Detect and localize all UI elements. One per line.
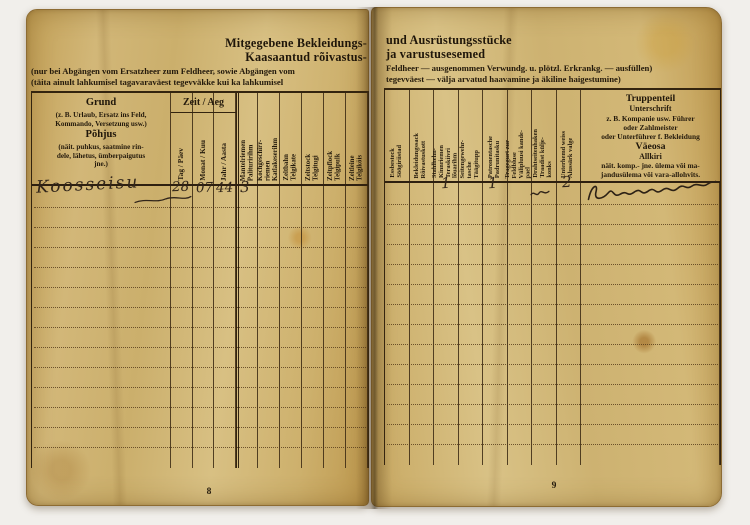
left-note-estonian: (täita ainult lahkumisel tagavaraväest t… bbox=[31, 77, 369, 88]
seitengewehrtasche-label: Seitengewehr- tasche Täägitupp bbox=[460, 140, 481, 178]
pohjus-note: (näit. puhkus, saatmine rin- dele, lähet… bbox=[32, 143, 170, 169]
left-title-german: Mitgegebene Bekleidungs- bbox=[85, 37, 367, 51]
page-right: und Ausrüstungsstücke ja varustusesemed … bbox=[371, 7, 722, 507]
zeltpflock-header-cell: Zeltpflock Telgipulk bbox=[324, 93, 346, 184]
right-table-body bbox=[385, 183, 720, 465]
patronentasche-label: Patronentasche Padrunitasku bbox=[488, 136, 502, 178]
row-rule bbox=[34, 247, 366, 248]
unit-note-5: jandusülema või vara-allohvits. bbox=[581, 170, 720, 179]
essbesteck-label: Essbesteck Söögiriistad bbox=[390, 145, 404, 178]
zeltleine-label: Zeltleine Telgiköis bbox=[349, 155, 364, 181]
month-header-label: Monat / Kuu bbox=[199, 140, 207, 181]
right-note-german: Feldheer — ausgenommen Verwundg. u. plöt… bbox=[386, 63, 720, 74]
zeltleine-header-cell: Zeltleine Telgiköis bbox=[346, 93, 368, 184]
row-rule bbox=[34, 287, 366, 288]
left-note-german: (nur bei Abgängen vom Ersatzheer zum Fel… bbox=[31, 66, 369, 77]
row-rule bbox=[387, 324, 718, 325]
left-table-body bbox=[32, 186, 368, 468]
left-table: Grund (z. B. Urlaub, Ersatz ins Feld, Ko… bbox=[31, 91, 369, 468]
unit-note-4: näit. komp.- jne. ülema või ma- bbox=[581, 161, 720, 170]
zeltstock-header-cell: Zeltstock Telgitugi bbox=[302, 93, 324, 184]
row-rule bbox=[387, 384, 718, 385]
row-rule bbox=[34, 407, 366, 408]
unit-note-2: oder Zahlmeister bbox=[581, 123, 720, 132]
year-header-label: Jahr / Aasta bbox=[220, 143, 228, 181]
right-page-note: Feldheer — ausgenommen Verwundg. u. plöt… bbox=[386, 63, 720, 84]
unterschrift-label: Unterschrift bbox=[581, 104, 720, 114]
row-rule bbox=[34, 327, 366, 328]
bekleidungssack-label: Bekleidungssack Rõivastuskott bbox=[414, 133, 428, 178]
pohjus-title: Põhjus bbox=[32, 129, 170, 141]
row-rule bbox=[34, 447, 366, 448]
stahlhelm-kinnriemen-header-cell: Stahlhelm- Kinnriemen Teraskiivri lõuari… bbox=[434, 90, 459, 181]
zeltbahn-header-cell: Zeltbahn Telgikate bbox=[280, 93, 302, 184]
grund-note: (z. B. Urlaub, Ersatz ins Feld, Kommando… bbox=[32, 111, 170, 128]
left-page-number: 8 bbox=[189, 487, 229, 497]
clothing-record-booklet: Mitgegebene Bekleidungs- Kaasaantud rõiv… bbox=[26, 7, 722, 509]
row-rule bbox=[387, 344, 718, 345]
reason-header-cell: Grund (z. B. Urlaub, Ersatz ins Feld, Ko… bbox=[32, 93, 171, 184]
right-page-title: und Ausrüstungsstücke ja varustusesemed bbox=[386, 34, 696, 61]
allkiri-label: Allkiri bbox=[581, 152, 720, 162]
right-note-estonian: tegevväest — välja arvatud haavamine ja … bbox=[386, 74, 720, 85]
seitengewehrtasche-header-cell: Seitengewehr- tasche Täägitupp bbox=[459, 90, 484, 181]
mantelriemen-header-cell: Mantelriemen Palituririhm bbox=[236, 93, 258, 184]
row-rule bbox=[387, 304, 718, 305]
page-left: Mitgegebene Bekleidungs- Kaasaantud rõiv… bbox=[26, 9, 369, 506]
drahtseitenhaken-header-cell: Drahtseitenhaken Traadist külje- konks bbox=[532, 90, 557, 181]
truppenteil-header-cell: Truppenteil Unterschrift z. B. Kompanie … bbox=[581, 90, 720, 181]
mantelriemen-label: Mantelriemen Palituririhm bbox=[240, 140, 255, 181]
right-table-header: Essbesteck Söögiriistad Bekleidungssack … bbox=[385, 90, 720, 183]
zeltstock-label: Zeltstock Telgitugi bbox=[305, 154, 320, 181]
day-header-label: Tag / Päev bbox=[177, 148, 185, 181]
left-title-estonian: Kaasaantud rõivastus- bbox=[85, 51, 367, 65]
row-rule bbox=[387, 444, 718, 445]
row-rule bbox=[34, 207, 366, 208]
row-rule bbox=[34, 387, 366, 388]
left-page-title: Mitgegebene Bekleidungs- Kaasaantud rõiv… bbox=[85, 37, 367, 64]
row-rule bbox=[34, 427, 366, 428]
row-rule bbox=[34, 227, 366, 228]
tragegurt-label: Tragegurt zur Feldbluse Välipluusi kande… bbox=[505, 130, 533, 178]
right-page-number: 9 bbox=[534, 481, 574, 491]
left-page-note: (nur bei Abgängen vom Ersatzheer zum Fel… bbox=[31, 66, 369, 87]
truppenteil-title: Truppenteil bbox=[581, 93, 720, 104]
unit-note-1: z. B. Kompanie usw. Führer bbox=[581, 114, 720, 123]
zeit-aeg-group-label: Zeit / Aeg bbox=[171, 93, 236, 113]
tragegurt-header-cell: Tragegurt zur Feldbluse Välipluusi kande… bbox=[508, 90, 533, 181]
right-title-german: und Ausrüstungsstücke bbox=[386, 34, 696, 48]
row-rule bbox=[387, 424, 718, 425]
row-rule bbox=[387, 244, 718, 245]
right-table: Essbesteck Söögiriistad Bekleidungssack … bbox=[384, 88, 721, 465]
kochgeschirrriemen-header-cell: Kochgeschirr- riemen Katlakeserihm bbox=[258, 93, 280, 184]
row-rule bbox=[34, 367, 366, 368]
essbesteck-header-cell: Essbesteck Söögiriistad bbox=[385, 90, 410, 181]
right-title-estonian: ja varustusesemed bbox=[386, 48, 696, 62]
unterhemd-header-cell: Unterhemd weiss Alussärk valge bbox=[557, 90, 582, 181]
stahlhelm-kinnriemen-label: Stahlhelm- Kinnriemen Teraskiivri lõuari… bbox=[432, 145, 460, 178]
unit-note-3: oder Unterführer f. Bekleidung bbox=[581, 132, 720, 141]
row-rule bbox=[387, 264, 718, 265]
row-rule bbox=[34, 347, 366, 348]
row-rule bbox=[34, 307, 366, 308]
zeltbahn-label: Zeltbahn Telgikate bbox=[283, 154, 298, 181]
drahtseitenhaken-label: Drahtseitenhaken Traadist külje- konks bbox=[533, 129, 554, 178]
row-rule bbox=[387, 404, 718, 405]
grund-title: Grund bbox=[32, 97, 170, 109]
row-rule bbox=[34, 267, 366, 268]
kochgeschirrriemen-label: Kochgeschirr- riemen Katlakeserihm bbox=[257, 138, 280, 181]
row-rule bbox=[387, 204, 718, 205]
vaeosa-title: Väeosa bbox=[581, 141, 720, 152]
unterhemd-label: Unterhemd weiss Alussärk valge bbox=[561, 131, 575, 178]
left-table-header: Grund (z. B. Urlaub, Ersatz ins Feld, Ko… bbox=[32, 93, 368, 186]
row-rule bbox=[387, 224, 718, 225]
row-rule bbox=[387, 284, 718, 285]
row-rule bbox=[387, 364, 718, 365]
zeltpflock-label: Zeltpflock Telgipulk bbox=[327, 151, 342, 181]
